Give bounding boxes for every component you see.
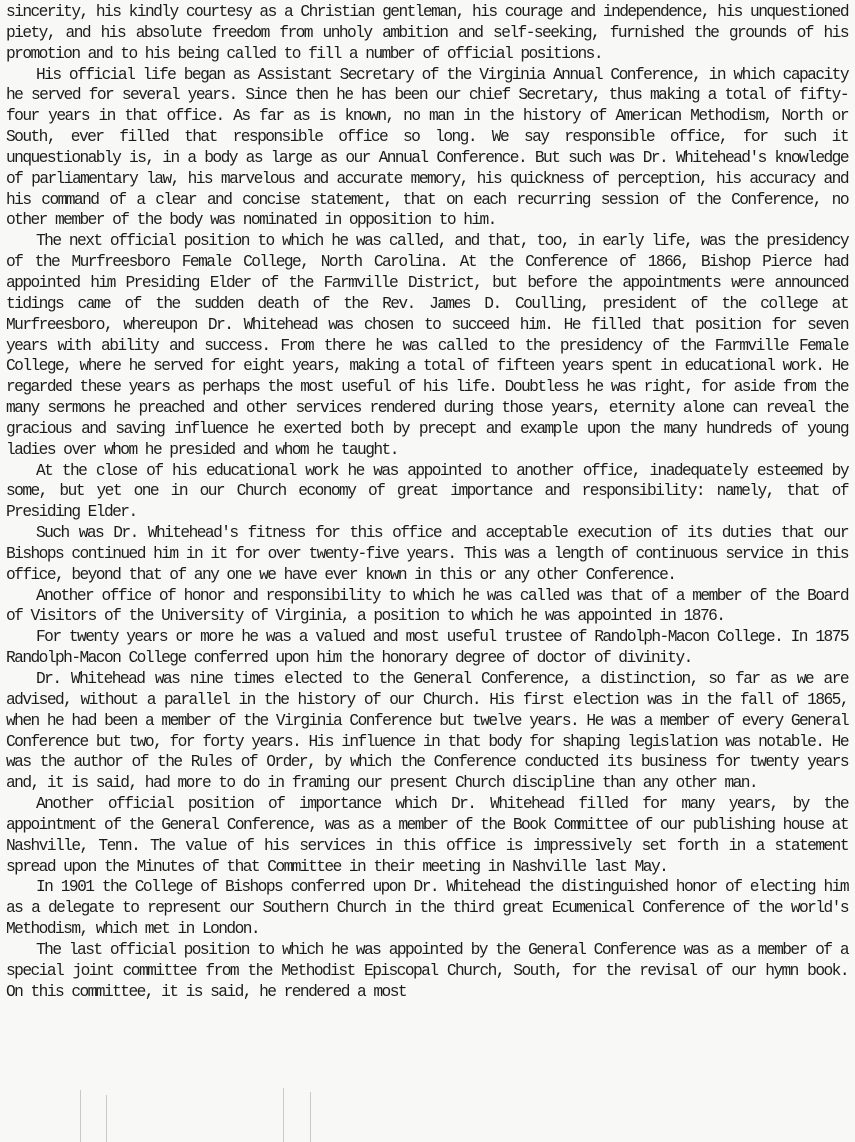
scan-artifact-line xyxy=(106,1095,107,1142)
paragraph-3: The next official position to which he w… xyxy=(6,231,848,460)
paragraph-9: Another official position of importance … xyxy=(6,794,848,877)
paragraph-10: In 1901 the College of Bishops conferred… xyxy=(6,877,848,940)
paragraph-6: Another office of honor and responsibili… xyxy=(6,586,848,628)
scan-artifact-line xyxy=(283,1088,284,1142)
document-page: sincerity, his kindly courtesy as a Chri… xyxy=(0,0,855,1142)
scan-artifact-line xyxy=(310,1092,311,1142)
paragraph-7: For twenty years or more he was a valued… xyxy=(6,627,848,669)
paragraph-11: The last official position to which he w… xyxy=(6,940,848,1003)
paragraph-1: sincerity, his kindly courtesy as a Chri… xyxy=(6,2,848,65)
paragraph-2: His official life began as Assistant Sec… xyxy=(6,65,848,232)
scan-artifact-line xyxy=(80,1090,81,1142)
paragraph-5: Such was Dr. Whitehead's fitness for thi… xyxy=(6,523,848,586)
document-body: sincerity, his kindly courtesy as a Chri… xyxy=(6,2,848,1003)
paragraph-4: At the close of his educational work he … xyxy=(6,461,848,524)
paragraph-8: Dr. Whitehead was nine times elected to … xyxy=(6,669,848,794)
